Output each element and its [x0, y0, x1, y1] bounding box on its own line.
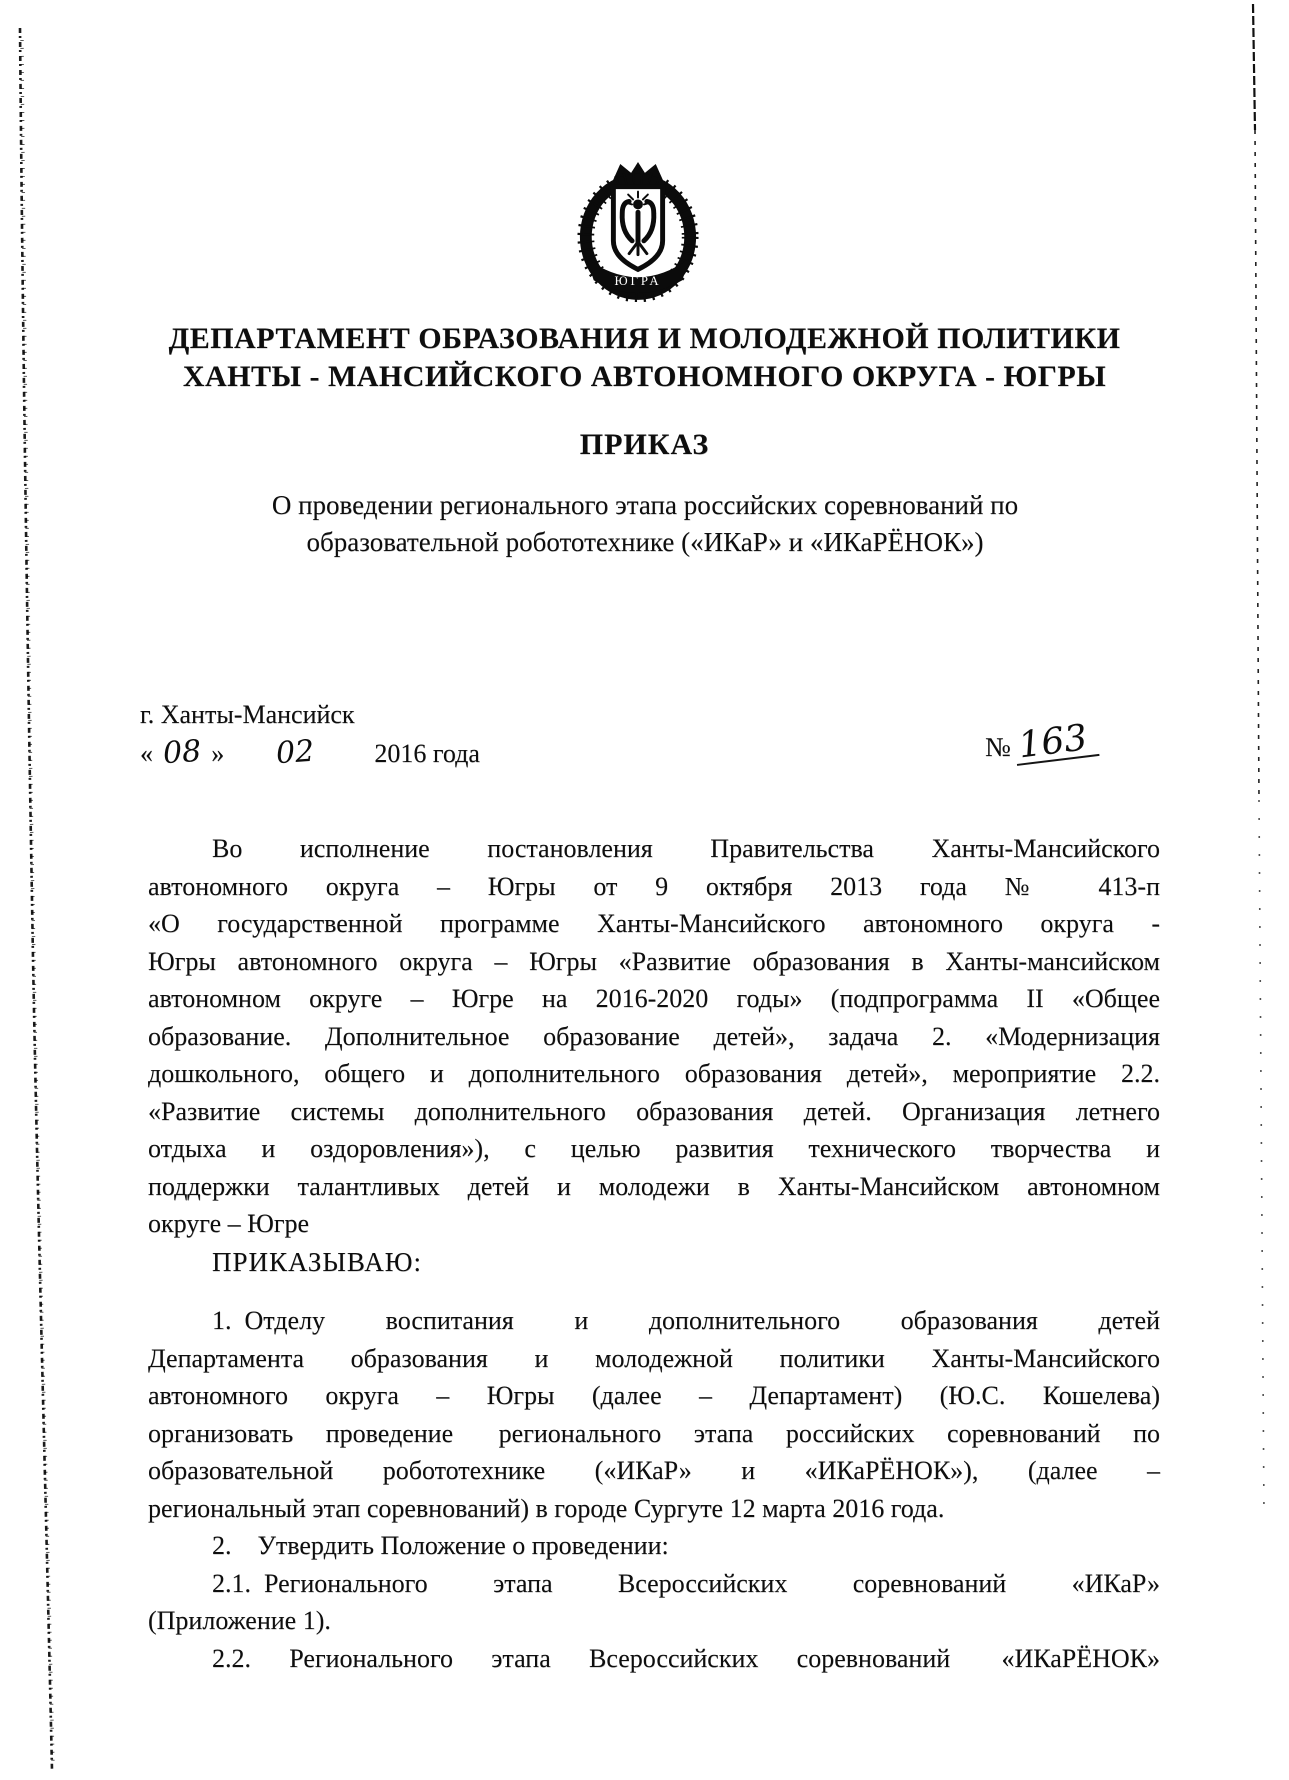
- text-line: «Развитие системы дополнительного образо…: [148, 1093, 1160, 1131]
- text-line: отдыха и оздоровления»), с целью развити…: [148, 1130, 1160, 1168]
- text-line: Департамента образования и молодежной по…: [148, 1340, 1160, 1378]
- date-line: «08»022016 года: [140, 735, 480, 770]
- subject-line2: образовательной робототехнике («ИКаР» и …: [140, 524, 1150, 561]
- text-line: дошкольного, общего и дополнительного об…: [148, 1055, 1160, 1093]
- city-line: г. Ханты-Мансийск: [140, 700, 355, 730]
- scan-artifact-left-edge: [0, 0, 70, 1780]
- handwritten-month: 02: [275, 734, 316, 772]
- document-subject: О проведении регионального этапа российс…: [140, 487, 1150, 561]
- text-line: автономного округа – Югры (далее – Депар…: [148, 1377, 1160, 1415]
- text-line: Во исполнение постановления Правительств…: [148, 830, 1160, 868]
- text-line: (Приложение 1).: [148, 1602, 1160, 1640]
- document-page: ЮГРА ДЕПАРТАМЕНТ ОБРАЗОВАНИЯ И МОЛОДЕЖНО…: [0, 0, 1289, 1780]
- document-number: №163: [985, 728, 1097, 764]
- org-name: ДЕПАРТАМЕНТ ОБРАЗОВАНИЯ И МОЛОДЕЖНОЙ ПОЛ…: [100, 320, 1189, 396]
- text-line: 2.2. Регионального этапа Всероссийских с…: [148, 1640, 1160, 1678]
- coat-of-arms-icon: ЮГРА: [574, 156, 702, 302]
- text-line: автономном округе – Югре на 2016-2020 го…: [148, 980, 1160, 1018]
- text-line: образовательной робототехнике («ИКаР» и …: [148, 1452, 1160, 1490]
- emblem-caption: ЮГРА: [614, 274, 661, 288]
- scan-artifact-right-edge: [1229, 0, 1289, 1780]
- document-type-title: ПРИКАЗ: [100, 428, 1189, 462]
- date-year: 2016 года: [374, 739, 480, 768]
- text-line: 2. Утвердить Положение о проведении:: [148, 1527, 1160, 1565]
- date-open-quote: «: [140, 739, 153, 768]
- number-sign: №: [985, 732, 1011, 762]
- order-word: ПРИКАЗЫВАЮ:: [212, 1247, 422, 1278]
- subject-line1: О проведении регионального этапа российс…: [140, 487, 1150, 524]
- text-line: округе – Югре: [148, 1205, 1160, 1243]
- order-items: 1. Отделу воспитания и дополнительного о…: [148, 1302, 1160, 1677]
- text-line: 2.1. Регионального этапа Всероссийских с…: [148, 1565, 1160, 1603]
- text-line: «О государственной программе Ханты-Манси…: [148, 905, 1160, 943]
- text-line: региональный этап соревнований) в городе…: [148, 1490, 1160, 1528]
- preamble-paragraph: Во исполнение постановления Правительств…: [148, 830, 1160, 1243]
- text-line: поддержки талантливых детей и молодежи в…: [148, 1168, 1160, 1206]
- date-close-quote: »: [211, 739, 224, 768]
- handwritten-day: 08: [162, 734, 203, 772]
- text-line: образование. Дополнительное образование …: [148, 1018, 1160, 1056]
- text-line: 1. Отделу воспитания и дополнительного о…: [148, 1302, 1160, 1340]
- text-line: Югры автономного округа – Югры «Развитие…: [148, 943, 1160, 981]
- text-line: автономного округа – Югры от 9 октября 2…: [148, 868, 1160, 906]
- text-line: организовать проведение регионального эт…: [148, 1415, 1160, 1453]
- org-name-line2: ХАНТЫ - МАНСИЙСКОГО АВТОНОМНОГО ОКРУГА -…: [100, 358, 1189, 396]
- handwritten-number: 163: [1013, 720, 1099, 766]
- org-name-line1: ДЕПАРТАМЕНТ ОБРАЗОВАНИЯ И МОЛОДЕЖНОЙ ПОЛ…: [100, 320, 1189, 358]
